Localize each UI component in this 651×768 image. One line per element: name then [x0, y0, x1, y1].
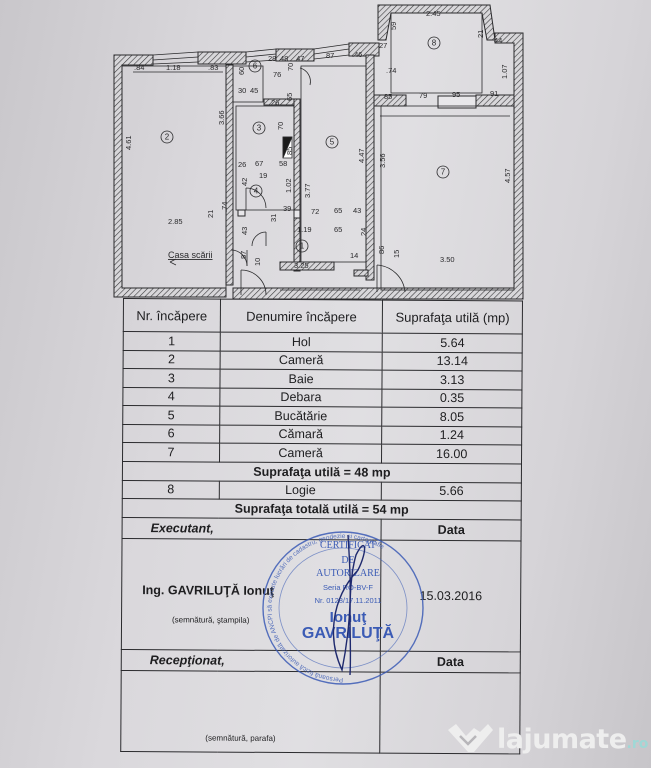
received-cell: (semnătură, parafa)	[121, 670, 381, 753]
handshake-icon	[446, 722, 494, 756]
dim: 3.66	[217, 110, 226, 125]
dim: 15	[392, 250, 401, 258]
dim: 43	[240, 227, 249, 235]
table-row: 7Cameră16.00	[123, 443, 522, 464]
executant-header-row: Executant, Data	[122, 517, 521, 540]
dim: 85	[285, 147, 294, 155]
dim: .83	[208, 63, 218, 72]
cell-area: 8.05	[382, 407, 522, 426]
cell-name: Cămară	[219, 425, 382, 444]
total: Suprafaţa totală utilă = 54 mp	[122, 498, 521, 519]
dim: 26	[271, 98, 279, 107]
room-4-number: 4	[254, 187, 259, 196]
cell-area: 3.13	[382, 370, 522, 389]
dim: 91	[490, 89, 498, 98]
table-row: 1Hol5.64	[123, 332, 522, 353]
brand-tld: .ro	[627, 736, 649, 752]
executant-cell: Ing. GAVRILUŢĂ Ionuţ (semnătură, ştampil…	[121, 538, 381, 651]
dim: 14	[350, 251, 358, 260]
dim: 87	[239, 251, 248, 259]
dim: 1.07	[500, 64, 509, 79]
loggia-row: 8Logie5.66	[122, 480, 521, 501]
dim: 67	[255, 159, 263, 168]
dim: 72	[311, 207, 319, 216]
dim: 19	[259, 171, 267, 180]
room-2-number: 2	[165, 133, 170, 142]
table-row: 4Debara0.35	[123, 387, 522, 408]
cell-name: Baie	[220, 369, 383, 388]
dim: 3.77	[303, 183, 312, 198]
dim: 45	[250, 86, 258, 95]
dim: 70	[276, 122, 285, 130]
cell-nr: 3	[123, 369, 220, 388]
total-row: Suprafaţa totală utilă = 54 mp	[122, 498, 521, 519]
room-8-number: 8	[432, 39, 437, 48]
cell-area: 1.24	[382, 426, 522, 445]
dim: .74	[386, 66, 396, 75]
cell-area: 13.14	[382, 352, 522, 371]
executant-label: Executant,	[122, 517, 381, 540]
room-7-number: 7	[441, 168, 446, 177]
dim: 30	[238, 86, 246, 95]
header-area: Suprafaţa utilă (mp)	[383, 300, 523, 334]
table-row: 3Baie3.13	[123, 369, 522, 390]
room-3-number: 3	[257, 124, 262, 133]
dim: 4.57	[503, 168, 512, 183]
dim: 10	[253, 258, 262, 266]
dim: 27	[379, 41, 387, 50]
received-header-row: Recepţionat, Data	[121, 649, 520, 672]
cell-area: 16.00	[382, 444, 522, 463]
room-5-number: 5	[330, 138, 335, 147]
dim: 1.02	[284, 178, 293, 193]
dim: 65	[285, 93, 294, 101]
header-name: Denumire încăpere	[220, 299, 383, 333]
subtotal-row: Suprafaţa utilă = 48 mp	[122, 461, 521, 482]
cell-nr: 5	[123, 406, 220, 425]
cell-name: Hol	[220, 332, 383, 351]
received-date-label: Data	[381, 651, 521, 673]
room-numbers: 2 3 4 5 6 7 8 1	[161, 37, 449, 252]
dim: .84	[134, 63, 144, 72]
dim: 28	[268, 54, 276, 63]
dim: 65	[334, 225, 342, 234]
dim: 3.56	[378, 153, 387, 168]
dim: .46	[352, 50, 362, 59]
date-label: Data	[381, 519, 521, 541]
cell-name: Debara	[220, 388, 383, 407]
subtotal: Suprafaţa utilă = 48 mp	[122, 461, 521, 482]
table-row: 5Bucătărie8.05	[123, 406, 522, 427]
dim: 43	[353, 206, 361, 215]
cell-name: Cameră	[220, 351, 383, 370]
dim: 42	[240, 178, 249, 186]
cell-area: 5.66	[382, 482, 522, 501]
dim: 76	[273, 70, 281, 79]
cell-nr: 8	[122, 480, 219, 499]
watermark-logo: lajumate .ro	[446, 722, 648, 756]
cell-nr: 4	[123, 387, 220, 406]
dim: 24	[359, 228, 368, 236]
dim: 2.85	[168, 217, 183, 226]
room-area-table: Nr. încăpere Denumire încăpere Suprafaţa…	[120, 298, 523, 754]
cell-name: Bucătărie	[220, 406, 383, 425]
executant-row: Ing. GAVRILUŢĂ Ionuţ (semnătură, ştampil…	[121, 538, 521, 651]
dim: 39	[283, 204, 291, 213]
brand-name: lajumate	[497, 724, 627, 755]
signature-note: (semnătură, ştampila)	[172, 615, 249, 624]
dim: 87	[326, 51, 334, 60]
dim: 58	[279, 159, 287, 168]
dim: 60	[237, 67, 246, 75]
table-header: Nr. încăpere Denumire încăpere Suprafaţa…	[123, 299, 522, 334]
dim: 3.25	[294, 261, 309, 270]
dim: 79	[419, 91, 427, 100]
dim: 95	[452, 90, 460, 99]
cell-nr: 6	[123, 424, 220, 443]
header-nr: Nr. încăpere	[123, 299, 220, 333]
dim: 21	[206, 210, 215, 218]
dim: 3.50	[440, 255, 455, 264]
dim: 48	[280, 54, 288, 63]
dim: 59	[389, 22, 398, 30]
dim: 1.18	[166, 63, 181, 72]
dim: 44	[494, 36, 502, 45]
dim: 2.45	[426, 9, 441, 18]
received-label: Recepţionat,	[121, 649, 380, 672]
cell-name: Logie	[219, 481, 382, 500]
date-value: 15.03.2016	[381, 540, 521, 652]
dim: 4.61	[124, 135, 133, 150]
dim: .74	[220, 202, 229, 212]
stair-label: Casa scării	[168, 250, 213, 260]
dim: 31	[269, 214, 278, 222]
table-row: 2Cameră13.14	[123, 350, 522, 371]
cell-nr: 1	[123, 332, 220, 351]
cell-nr: 2	[123, 350, 220, 369]
dim: 86	[377, 246, 386, 254]
room-1-number: 1	[300, 242, 305, 251]
engineer-name: Ing. GAVRILUŢĂ Ionuţ	[142, 583, 274, 598]
cell-name: Cameră	[219, 443, 382, 462]
dim: 85	[384, 92, 392, 101]
dim: 21	[476, 30, 485, 38]
cell-area: 0.35	[382, 389, 522, 408]
dim: 65	[334, 206, 342, 215]
received-note: (semnătură, parafa)	[205, 734, 275, 743]
cell-nr: 7	[123, 443, 220, 462]
room-6-number: 6	[253, 62, 258, 71]
dim: 4.47	[357, 148, 366, 163]
dim: 70	[286, 63, 295, 71]
dim: .47	[294, 54, 304, 63]
dim: 1.19	[297, 225, 312, 234]
floor-plan: 2 3 4 5 6 7 8 1 .84 1.18 .83 4.61 3.66 2…	[0, 0, 651, 300]
dim: 26	[238, 160, 246, 169]
cell-area: 5.64	[383, 333, 523, 352]
table-row: 6Cămară1.24	[123, 424, 522, 445]
